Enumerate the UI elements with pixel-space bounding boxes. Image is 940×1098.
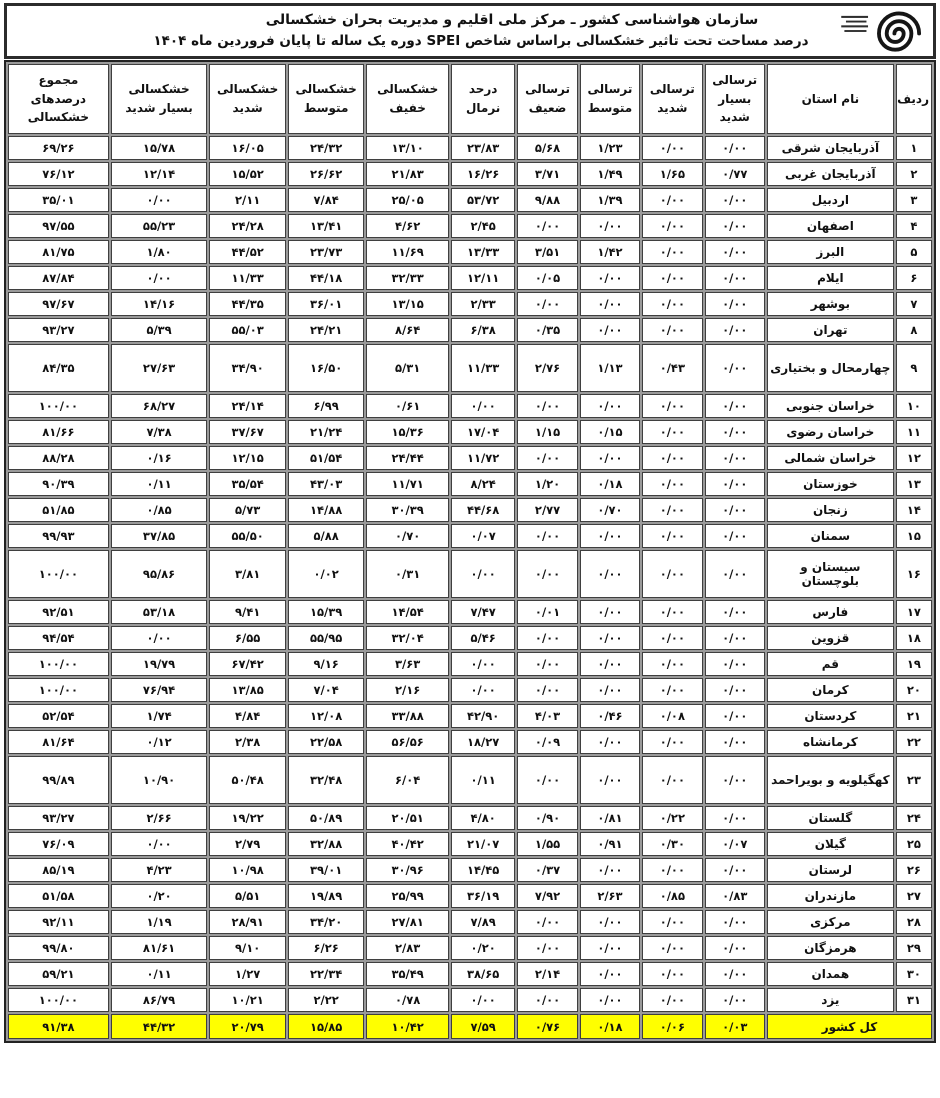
province-name: همدان bbox=[767, 962, 894, 986]
col-header-drought_mild: خشکسالی خفیف bbox=[366, 64, 449, 134]
cell-drought_total: ۸۷/۸۴ bbox=[8, 266, 109, 290]
table-row: ۸تهران۰/۰۰۰/۰۰۰/۰۰۰/۳۵۶/۳۸۸/۶۴۲۴/۲۱۵۵/۰۳… bbox=[8, 318, 932, 342]
province-name: سمنان bbox=[767, 524, 894, 548]
cell-drought_total: ۹۴/۵۴ bbox=[8, 626, 109, 650]
cell-drought_mild: ۴۰/۴۲ bbox=[366, 832, 449, 856]
table-row: ۲آذربایجان غربی۰/۷۷۱/۶۵۱/۴۹۳/۷۱۱۶/۲۶۲۱/۸… bbox=[8, 162, 932, 186]
cell-drought_moderate: ۹/۱۶ bbox=[288, 652, 365, 676]
cell-wet_moderate: ۱/۴۹ bbox=[580, 162, 640, 186]
total-cell-drought_moderate: ۱۵/۸۵ bbox=[288, 1014, 365, 1039]
cell-wet_weak: ۰/۰۰ bbox=[517, 936, 577, 960]
cell-drought_total: ۵۲/۵۴ bbox=[8, 704, 109, 728]
cell-normal: ۳۸/۶۵ bbox=[451, 962, 515, 986]
cell-wet_very_severe: ۰/۰۷ bbox=[705, 832, 765, 856]
total-cell-wet_severe: ۰/۰۶ bbox=[642, 1014, 702, 1039]
table-row: ۱۰خراسان جنوبی۰/۰۰۰/۰۰۰/۰۰۰/۰۰۰/۰۰۰/۶۱۶/… bbox=[8, 394, 932, 418]
cell-wet_moderate: ۰/۰۰ bbox=[580, 266, 640, 290]
cell-drought_total: ۹۳/۲۷ bbox=[8, 318, 109, 342]
cell-drought_mild: ۲۵/۹۹ bbox=[366, 884, 449, 908]
row-number: ۴ bbox=[896, 214, 932, 238]
cell-drought_moderate: ۴۳/۰۳ bbox=[288, 472, 365, 496]
col-header-row: ردیف bbox=[896, 64, 932, 134]
cell-drought_severe: ۲/۳۸ bbox=[209, 730, 286, 754]
cell-wet_moderate: ۰/۰۰ bbox=[580, 962, 640, 986]
cell-wet_severe: ۰/۰۰ bbox=[642, 756, 702, 804]
cell-drought_mild: ۱۳/۱۰ bbox=[366, 136, 449, 160]
province-name: قم bbox=[767, 652, 894, 676]
cell-wet_weak: ۲/۱۴ bbox=[517, 962, 577, 986]
cell-drought_moderate: ۱۳/۴۱ bbox=[288, 214, 365, 238]
cell-wet_very_severe: ۰/۰۰ bbox=[705, 498, 765, 522]
cell-wet_very_severe: ۰/۰۰ bbox=[705, 266, 765, 290]
cell-drought_very_severe: ۱۲/۱۴ bbox=[111, 162, 208, 186]
row-number: ۹ bbox=[896, 344, 932, 392]
table-row: ۲۶لرستان۰/۰۰۰/۰۰۰/۰۰۰/۳۷۱۴/۴۵۳۰/۹۶۳۹/۰۱۱… bbox=[8, 858, 932, 882]
cell-wet_very_severe: ۰/۰۰ bbox=[705, 704, 765, 728]
table-row: ۲۸مرکزی۰/۰۰۰/۰۰۰/۰۰۰/۰۰۷/۸۹۲۷/۸۱۳۴/۲۰۲۸/… bbox=[8, 910, 932, 934]
cell-wet_severe: ۰/۰۰ bbox=[642, 292, 702, 316]
cell-wet_moderate: ۰/۰۰ bbox=[580, 652, 640, 676]
cell-drought_mild: ۸/۶۴ bbox=[366, 318, 449, 342]
cell-drought_very_severe: ۷۶/۹۴ bbox=[111, 678, 208, 702]
cell-drought_mild: ۱۱/۶۹ bbox=[366, 240, 449, 264]
cell-drought_total: ۱۰۰/۰۰ bbox=[8, 394, 109, 418]
row-number: ۵ bbox=[896, 240, 932, 264]
cell-drought_severe: ۹/۴۱ bbox=[209, 600, 286, 624]
province-name: قزوین bbox=[767, 626, 894, 650]
cell-drought_severe: ۴۴/۳۵ bbox=[209, 292, 286, 316]
irimo-logo bbox=[839, 8, 927, 60]
cell-wet_moderate: ۰/۰۰ bbox=[580, 756, 640, 804]
cell-wet_severe: ۰/۰۰ bbox=[642, 394, 702, 418]
cell-normal: ۲/۴۵ bbox=[451, 214, 515, 238]
cell-drought_severe: ۱۹/۲۲ bbox=[209, 806, 286, 830]
cell-normal: ۴۴/۶۸ bbox=[451, 498, 515, 522]
province-name: یزد bbox=[767, 988, 894, 1012]
cell-wet_severe: ۰/۰۰ bbox=[642, 962, 702, 986]
cell-drought_severe: ۳/۸۱ bbox=[209, 550, 286, 598]
cell-drought_total: ۸۱/۶۴ bbox=[8, 730, 109, 754]
cell-drought_severe: ۵/۷۳ bbox=[209, 498, 286, 522]
cell-wet_weak: ۵/۶۸ bbox=[517, 136, 577, 160]
cell-normal: ۱۶/۲۶ bbox=[451, 162, 515, 186]
cell-drought_mild: ۳۰/۳۹ bbox=[366, 498, 449, 522]
cell-normal: ۸/۲۴ bbox=[451, 472, 515, 496]
cell-drought_severe: ۳۷/۶۷ bbox=[209, 420, 286, 444]
cell-wet_severe: ۰/۰۰ bbox=[642, 318, 702, 342]
cell-drought_total: ۵۹/۲۱ bbox=[8, 962, 109, 986]
cell-drought_moderate: ۳۹/۰۱ bbox=[288, 858, 365, 882]
row-number: ۱ bbox=[896, 136, 932, 160]
cell-wet_weak: ۰/۹۰ bbox=[517, 806, 577, 830]
cell-wet_weak: ۰/۳۷ bbox=[517, 858, 577, 882]
province-name: خراسان شمالی bbox=[767, 446, 894, 470]
province-name: لرستان bbox=[767, 858, 894, 882]
cell-drought_total: ۸۱/۶۶ bbox=[8, 420, 109, 444]
table-row: ۲۹هرمزگان۰/۰۰۰/۰۰۰/۰۰۰/۰۰۰/۲۰۲/۸۳۶/۲۶۹/۱… bbox=[8, 936, 932, 960]
cell-drought_total: ۵۱/۸۵ bbox=[8, 498, 109, 522]
cell-normal: ۱۱/۷۲ bbox=[451, 446, 515, 470]
total-cell-wet_moderate: ۰/۱۸ bbox=[580, 1014, 640, 1039]
cell-drought_very_severe: ۰/۰۰ bbox=[111, 188, 208, 212]
cell-drought_total: ۹۷/۵۵ bbox=[8, 214, 109, 238]
cell-wet_moderate: ۰/۰۰ bbox=[580, 600, 640, 624]
cell-drought_very_severe: ۱۵/۷۸ bbox=[111, 136, 208, 160]
cell-wet_weak: ۲/۷۷ bbox=[517, 498, 577, 522]
cell-drought_moderate: ۳۴/۲۰ bbox=[288, 910, 365, 934]
cell-drought_very_severe: ۰/۰۰ bbox=[111, 832, 208, 856]
cell-wet_moderate: ۰/۴۶ bbox=[580, 704, 640, 728]
cell-normal: ۰/۰۰ bbox=[451, 394, 515, 418]
cell-drought_total: ۱۰۰/۰۰ bbox=[8, 550, 109, 598]
cell-drought_moderate: ۲/۲۲ bbox=[288, 988, 365, 1012]
cell-wet_moderate: ۰/۰۰ bbox=[580, 626, 640, 650]
cell-wet_weak: ۰/۰۰ bbox=[517, 292, 577, 316]
cell-drought_moderate: ۱۶/۵۰ bbox=[288, 344, 365, 392]
table-row: ۳۱یزد۰/۰۰۰/۰۰۰/۰۰۰/۰۰۰/۰۰۰/۷۸۲/۲۲۱۰/۲۱۸۶… bbox=[8, 988, 932, 1012]
table-row: ۱۹قم۰/۰۰۰/۰۰۰/۰۰۰/۰۰۰/۰۰۳/۶۳۹/۱۶۶۷/۴۲۱۹/… bbox=[8, 652, 932, 676]
cell-drought_moderate: ۲۱/۲۴ bbox=[288, 420, 365, 444]
cell-drought_moderate: ۵۰/۸۹ bbox=[288, 806, 365, 830]
cell-drought_very_severe: ۱۴/۱۶ bbox=[111, 292, 208, 316]
cell-wet_weak: ۰/۰۰ bbox=[517, 446, 577, 470]
cell-wet_moderate: ۰/۰۰ bbox=[580, 394, 640, 418]
row-number: ۶ bbox=[896, 266, 932, 290]
cell-wet_weak: ۱/۲۰ bbox=[517, 472, 577, 496]
cell-drought_very_severe: ۶۸/۲۷ bbox=[111, 394, 208, 418]
row-number: ۸ bbox=[896, 318, 932, 342]
cell-wet_very_severe: ۰/۰۰ bbox=[705, 214, 765, 238]
cell-wet_very_severe: ۰/۰۰ bbox=[705, 420, 765, 444]
cell-drought_severe: ۲۸/۹۱ bbox=[209, 910, 286, 934]
cell-drought_severe: ۶۷/۴۲ bbox=[209, 652, 286, 676]
cell-drought_severe: ۵/۵۱ bbox=[209, 884, 286, 908]
table-row: ۱۶سیستان و بلوچستان۰/۰۰۰/۰۰۰/۰۰۰/۰۰۰/۰۰۰… bbox=[8, 550, 932, 598]
cell-drought_very_severe: ۵۵/۲۳ bbox=[111, 214, 208, 238]
cell-normal: ۱۱/۳۳ bbox=[451, 344, 515, 392]
cell-wet_moderate: ۰/۰۰ bbox=[580, 318, 640, 342]
cell-drought_total: ۸۱/۷۵ bbox=[8, 240, 109, 264]
cell-drought_severe: ۱۰/۹۸ bbox=[209, 858, 286, 882]
cell-wet_very_severe: ۰/۰۰ bbox=[705, 550, 765, 598]
cell-drought_total: ۹۲/۱۱ bbox=[8, 910, 109, 934]
total-cell-wet_weak: ۰/۷۶ bbox=[517, 1014, 577, 1039]
cell-wet_moderate: ۰/۰۰ bbox=[580, 550, 640, 598]
col-header-normal: درحد نرمال bbox=[451, 64, 515, 134]
total-cell-drought_mild: ۱۰/۴۲ bbox=[366, 1014, 449, 1039]
cell-drought_severe: ۱۱/۳۳ bbox=[209, 266, 286, 290]
province-name: آذربایجان شرقی bbox=[767, 136, 894, 160]
cell-drought_moderate: ۲۴/۲۱ bbox=[288, 318, 365, 342]
cell-wet_moderate: ۱/۳۹ bbox=[580, 188, 640, 212]
cell-drought_total: ۹۲/۵۱ bbox=[8, 600, 109, 624]
table-row: ۲۵گیلان۰/۰۷۰/۳۰۰/۹۱۱/۵۵۲۱/۰۷۴۰/۴۲۳۲/۸۸۲/… bbox=[8, 832, 932, 856]
province-name: اردبیل bbox=[767, 188, 894, 212]
cell-drought_total: ۹۳/۲۷ bbox=[8, 806, 109, 830]
cell-drought_severe: ۲۴/۱۴ bbox=[209, 394, 286, 418]
cell-wet_moderate: ۰/۰۰ bbox=[580, 292, 640, 316]
cell-normal: ۰/۰۷ bbox=[451, 524, 515, 548]
cell-drought_moderate: ۲۲/۳۴ bbox=[288, 962, 365, 986]
cell-wet_weak: ۰/۰۰ bbox=[517, 756, 577, 804]
cell-wet_weak: ۰/۰۰ bbox=[517, 678, 577, 702]
cell-normal: ۰/۱۱ bbox=[451, 756, 515, 804]
cell-drought_mild: ۳/۶۳ bbox=[366, 652, 449, 676]
cell-wet_weak: ۰/۳۵ bbox=[517, 318, 577, 342]
cell-wet_severe: ۰/۰۰ bbox=[642, 858, 702, 882]
cell-drought_moderate: ۱۲/۰۸ bbox=[288, 704, 365, 728]
cell-drought_mild: ۳۲/۰۴ bbox=[366, 626, 449, 650]
cell-wet_severe: ۰/۳۰ bbox=[642, 832, 702, 856]
province-name: مازندران bbox=[767, 884, 894, 908]
row-number: ۲۰ bbox=[896, 678, 932, 702]
province-name: بوشهر bbox=[767, 292, 894, 316]
cell-drought_severe: ۱۳/۸۵ bbox=[209, 678, 286, 702]
table-row: ۳اردبیل۰/۰۰۰/۰۰۱/۳۹۹/۸۸۵۳/۷۲۲۵/۰۵۷/۸۴۲/۱… bbox=[8, 188, 932, 212]
cell-drought_moderate: ۱۵/۳۹ bbox=[288, 600, 365, 624]
row-number: ۳۱ bbox=[896, 988, 932, 1012]
cell-wet_moderate: ۰/۰۰ bbox=[580, 910, 640, 934]
cell-wet_very_severe: ۰/۰۰ bbox=[705, 136, 765, 160]
cell-normal: ۰/۲۰ bbox=[451, 936, 515, 960]
cell-wet_weak: ۳/۵۱ bbox=[517, 240, 577, 264]
table-row: ۲۴گلستان۰/۰۰۰/۲۲۰/۸۱۰/۹۰۴/۸۰۲۰/۵۱۵۰/۸۹۱۹… bbox=[8, 806, 932, 830]
cell-drought_severe: ۶/۵۵ bbox=[209, 626, 286, 650]
province-name: فارس bbox=[767, 600, 894, 624]
row-number: ۲۷ bbox=[896, 884, 932, 908]
cell-drought_moderate: ۷/۸۴ bbox=[288, 188, 365, 212]
drought-table: ردیفنام استانترسالی بسیار شدیدترسالی شدی… bbox=[4, 60, 936, 1043]
cell-drought_mild: ۳۳/۸۸ bbox=[366, 704, 449, 728]
cell-drought_moderate: ۳۶/۰۱ bbox=[288, 292, 365, 316]
total-cell-wet_very_severe: ۰/۰۳ bbox=[705, 1014, 765, 1039]
table-row: ۲۲کرمانشاه۰/۰۰۰/۰۰۰/۰۰۰/۰۹۱۸/۲۷۵۶/۵۶۲۲/۵… bbox=[8, 730, 932, 754]
cell-wet_weak: ۰/۰۰ bbox=[517, 394, 577, 418]
cell-drought_mild: ۱۱/۷۱ bbox=[366, 472, 449, 496]
cell-wet_weak: ۰/۰۰ bbox=[517, 626, 577, 650]
cell-wet_moderate: ۰/۰۰ bbox=[580, 678, 640, 702]
province-name: زنجان bbox=[767, 498, 894, 522]
total-cell-drought_total: ۹۱/۳۸ bbox=[8, 1014, 109, 1039]
cell-wet_moderate: ۰/۰۰ bbox=[580, 988, 640, 1012]
cell-wet_severe: ۱/۶۵ bbox=[642, 162, 702, 186]
row-number: ۱۴ bbox=[896, 498, 932, 522]
cell-drought_total: ۱۰۰/۰۰ bbox=[8, 678, 109, 702]
cell-wet_severe: ۰/۴۳ bbox=[642, 344, 702, 392]
cell-drought_mild: ۰/۷۸ bbox=[366, 988, 449, 1012]
province-name: خوزستان bbox=[767, 472, 894, 496]
cell-normal: ۲۳/۸۳ bbox=[451, 136, 515, 160]
cell-wet_severe: ۰/۰۰ bbox=[642, 498, 702, 522]
cell-drought_severe: ۱/۲۷ bbox=[209, 962, 286, 986]
cell-drought_very_severe: ۸۱/۶۱ bbox=[111, 936, 208, 960]
cell-normal: ۷/۴۷ bbox=[451, 600, 515, 624]
cell-drought_total: ۱۰۰/۰۰ bbox=[8, 652, 109, 676]
cell-drought_mild: ۳۵/۴۹ bbox=[366, 962, 449, 986]
cell-drought_mild: ۰/۳۱ bbox=[366, 550, 449, 598]
cell-normal: ۱۷/۰۴ bbox=[451, 420, 515, 444]
cell-normal: ۰/۰۰ bbox=[451, 678, 515, 702]
cell-wet_moderate: ۱/۲۳ bbox=[580, 136, 640, 160]
cell-drought_mild: ۰/۶۱ bbox=[366, 394, 449, 418]
cell-wet_severe: ۰/۰۰ bbox=[642, 524, 702, 548]
cell-drought_very_severe: ۳۷/۸۵ bbox=[111, 524, 208, 548]
row-number: ۱۳ bbox=[896, 472, 932, 496]
cell-wet_weak: ۰/۰۰ bbox=[517, 910, 577, 934]
row-number: ۳۰ bbox=[896, 962, 932, 986]
cell-wet_very_severe: ۰/۷۷ bbox=[705, 162, 765, 186]
cell-wet_weak: ۰/۰۰ bbox=[517, 524, 577, 548]
cell-wet_severe: ۰/۰۰ bbox=[642, 936, 702, 960]
province-name: کردستان bbox=[767, 704, 894, 728]
cell-wet_very_severe: ۰/۰۰ bbox=[705, 188, 765, 212]
table-row: ۱۷فارس۰/۰۰۰/۰۰۰/۰۰۰/۰۱۷/۴۷۱۴/۵۴۱۵/۳۹۹/۴۱… bbox=[8, 600, 932, 624]
cell-wet_weak: ۰/۰۰ bbox=[517, 550, 577, 598]
cell-drought_very_severe: ۲/۶۶ bbox=[111, 806, 208, 830]
report-header: سازمان هواشناسی کشور ـ مرکز ملی اقلیم و … bbox=[4, 3, 936, 59]
cell-wet_very_severe: ۰/۰۰ bbox=[705, 318, 765, 342]
province-name: ایلام bbox=[767, 266, 894, 290]
cell-drought_very_severe: ۷/۳۸ bbox=[111, 420, 208, 444]
cell-wet_severe: ۰/۰۰ bbox=[642, 652, 702, 676]
cell-drought_severe: ۱۵/۵۲ bbox=[209, 162, 286, 186]
cell-drought_very_severe: ۱/۱۹ bbox=[111, 910, 208, 934]
cell-drought_mild: ۲۴/۴۴ bbox=[366, 446, 449, 470]
row-number: ۱۲ bbox=[896, 446, 932, 470]
col-header-wet_weak: ترسالی ضعیف bbox=[517, 64, 577, 134]
cell-wet_weak: ۰/۰۰ bbox=[517, 988, 577, 1012]
row-number: ۲۳ bbox=[896, 756, 932, 804]
row-number: ۱۸ bbox=[896, 626, 932, 650]
cell-wet_very_severe: ۰/۰۰ bbox=[705, 652, 765, 676]
col-header-province: نام استان bbox=[767, 64, 894, 134]
total-cell-drought_very_severe: ۴۴/۳۲ bbox=[111, 1014, 208, 1039]
cell-wet_moderate: ۰/۰۰ bbox=[580, 446, 640, 470]
cell-drought_mild: ۲۷/۸۱ bbox=[366, 910, 449, 934]
province-name: تهران bbox=[767, 318, 894, 342]
cell-drought_severe: ۴۴/۵۲ bbox=[209, 240, 286, 264]
cell-wet_weak: ۷/۹۲ bbox=[517, 884, 577, 908]
table-row: ۶ایلام۰/۰۰۰/۰۰۰/۰۰۰/۰۵۱۲/۱۱۳۲/۳۳۴۴/۱۸۱۱/… bbox=[8, 266, 932, 290]
cell-normal: ۲۱/۰۷ bbox=[451, 832, 515, 856]
province-name: البرز bbox=[767, 240, 894, 264]
col-header-drought_total: مجموع درصدهای خشکسالی bbox=[8, 64, 109, 134]
cell-drought_moderate: ۱۴/۸۸ bbox=[288, 498, 365, 522]
cell-drought_total: ۹۹/۸۰ bbox=[8, 936, 109, 960]
row-number: ۲ bbox=[896, 162, 932, 186]
table-row: ۷بوشهر۰/۰۰۰/۰۰۰/۰۰۰/۰۰۲/۳۳۱۳/۱۵۳۶/۰۱۴۴/۳… bbox=[8, 292, 932, 316]
cell-normal: ۲/۳۳ bbox=[451, 292, 515, 316]
cell-drought_total: ۷۶/۱۲ bbox=[8, 162, 109, 186]
cell-wet_severe: ۰/۰۰ bbox=[642, 214, 702, 238]
table-row: ۲۱کردستان۰/۰۰۰/۰۸۰/۴۶۴/۰۳۴۲/۹۰۳۳/۸۸۱۲/۰۸… bbox=[8, 704, 932, 728]
cell-wet_weak: ۲/۷۶ bbox=[517, 344, 577, 392]
cell-drought_very_severe: ۰/۰۰ bbox=[111, 626, 208, 650]
cell-wet_very_severe: ۰/۰۰ bbox=[705, 600, 765, 624]
cell-drought_very_severe: ۲۷/۶۳ bbox=[111, 344, 208, 392]
table-row: ۲۷مازندران۰/۸۳۰/۸۵۲/۶۳۷/۹۲۳۶/۱۹۲۵/۹۹۱۹/۸… bbox=[8, 884, 932, 908]
cell-drought_mild: ۲۱/۸۳ bbox=[366, 162, 449, 186]
province-name: کرمانشاه bbox=[767, 730, 894, 754]
cell-wet_weak: ۰/۰۰ bbox=[517, 214, 577, 238]
cell-drought_severe: ۵۰/۴۸ bbox=[209, 756, 286, 804]
cell-wet_very_severe: ۰/۰۰ bbox=[705, 292, 765, 316]
cell-drought_total: ۳۵/۰۱ bbox=[8, 188, 109, 212]
cell-drought_very_severe: ۰/۱۶ bbox=[111, 446, 208, 470]
cell-wet_moderate: ۰/۰۰ bbox=[580, 936, 640, 960]
cell-normal: ۰/۰۰ bbox=[451, 550, 515, 598]
cell-wet_weak: ۳/۷۱ bbox=[517, 162, 577, 186]
cell-drought_moderate: ۶/۲۶ bbox=[288, 936, 365, 960]
cell-drought_moderate: ۵/۸۸ bbox=[288, 524, 365, 548]
cell-wet_moderate: ۱/۴۲ bbox=[580, 240, 640, 264]
cell-wet_very_severe: ۰/۰۰ bbox=[705, 626, 765, 650]
spiral-logo-icon bbox=[839, 8, 927, 60]
row-number: ۲۶ bbox=[896, 858, 932, 882]
cell-drought_total: ۹۹/۸۹ bbox=[8, 756, 109, 804]
cell-drought_very_severe: ۰/۲۰ bbox=[111, 884, 208, 908]
cell-wet_weak: ۹/۸۸ bbox=[517, 188, 577, 212]
cell-drought_severe: ۵۵/۵۰ bbox=[209, 524, 286, 548]
cell-normal: ۴/۸۰ bbox=[451, 806, 515, 830]
cell-normal: ۳۶/۱۹ bbox=[451, 884, 515, 908]
table-row: ۱آذربایجان شرقی۰/۰۰۰/۰۰۱/۲۳۵/۶۸۲۳/۸۳۱۳/۱… bbox=[8, 136, 932, 160]
row-number: ۲۸ bbox=[896, 910, 932, 934]
cell-normal: ۶/۳۸ bbox=[451, 318, 515, 342]
cell-normal: ۴۲/۹۰ bbox=[451, 704, 515, 728]
cell-wet_moderate: ۰/۱۸ bbox=[580, 472, 640, 496]
cell-drought_moderate: ۳۲/۸۸ bbox=[288, 832, 365, 856]
cell-drought_severe: ۴/۸۴ bbox=[209, 704, 286, 728]
cell-drought_moderate: ۴۴/۱۸ bbox=[288, 266, 365, 290]
cell-wet_very_severe: ۰/۸۳ bbox=[705, 884, 765, 908]
cell-wet_weak: ۰/۰۰ bbox=[517, 652, 577, 676]
cell-drought_moderate: ۲۴/۳۲ bbox=[288, 136, 365, 160]
report-title: سازمان هواشناسی کشور ـ مرکز ملی اقلیم و … bbox=[7, 12, 933, 30]
cell-wet_severe: ۰/۰۰ bbox=[642, 188, 702, 212]
cell-drought_severe: ۲/۷۹ bbox=[209, 832, 286, 856]
cell-drought_total: ۹۷/۶۷ bbox=[8, 292, 109, 316]
province-name: مرکزی bbox=[767, 910, 894, 934]
cell-wet_moderate: ۰/۹۱ bbox=[580, 832, 640, 856]
cell-wet_weak: ۱/۵۵ bbox=[517, 832, 577, 856]
total-cell-drought_severe: ۲۰/۷۹ bbox=[209, 1014, 286, 1039]
row-number: ۲۱ bbox=[896, 704, 932, 728]
cell-normal: ۱۸/۲۷ bbox=[451, 730, 515, 754]
cell-wet_moderate: ۱/۱۳ bbox=[580, 344, 640, 392]
cell-wet_very_severe: ۰/۰۰ bbox=[705, 446, 765, 470]
cell-drought_very_severe: ۱/۷۴ bbox=[111, 704, 208, 728]
cell-wet_very_severe: ۰/۰۰ bbox=[705, 344, 765, 392]
cell-drought_severe: ۱۰/۲۱ bbox=[209, 988, 286, 1012]
cell-drought_total: ۸۸/۲۸ bbox=[8, 446, 109, 470]
province-name: سیستان و بلوچستان bbox=[767, 550, 894, 598]
row-number: ۲۴ bbox=[896, 806, 932, 830]
table-row: ۱۸قزوین۰/۰۰۰/۰۰۰/۰۰۰/۰۰۵/۴۶۳۲/۰۴۵۵/۹۵۶/۵… bbox=[8, 626, 932, 650]
cell-drought_severe: ۲/۱۱ bbox=[209, 188, 286, 212]
cell-drought_severe: ۳۵/۵۴ bbox=[209, 472, 286, 496]
cell-drought_very_severe: ۵/۳۹ bbox=[111, 318, 208, 342]
page: سازمان هواشناسی کشور ـ مرکز ملی اقلیم و … bbox=[0, 0, 940, 1046]
province-name: خراسان جنوبی bbox=[767, 394, 894, 418]
cell-wet_very_severe: ۰/۰۰ bbox=[705, 524, 765, 548]
cell-drought_total: ۷۶/۰۹ bbox=[8, 832, 109, 856]
cell-normal: ۵۳/۷۲ bbox=[451, 188, 515, 212]
cell-wet_moderate: ۰/۰۰ bbox=[580, 730, 640, 754]
cell-wet_severe: ۰/۰۰ bbox=[642, 446, 702, 470]
table-row: ۵البرز۰/۰۰۰/۰۰۱/۴۲۳/۵۱۱۳/۳۳۱۱/۶۹۲۳/۷۳۴۴/… bbox=[8, 240, 932, 264]
cell-drought_very_severe: ۹۵/۸۶ bbox=[111, 550, 208, 598]
